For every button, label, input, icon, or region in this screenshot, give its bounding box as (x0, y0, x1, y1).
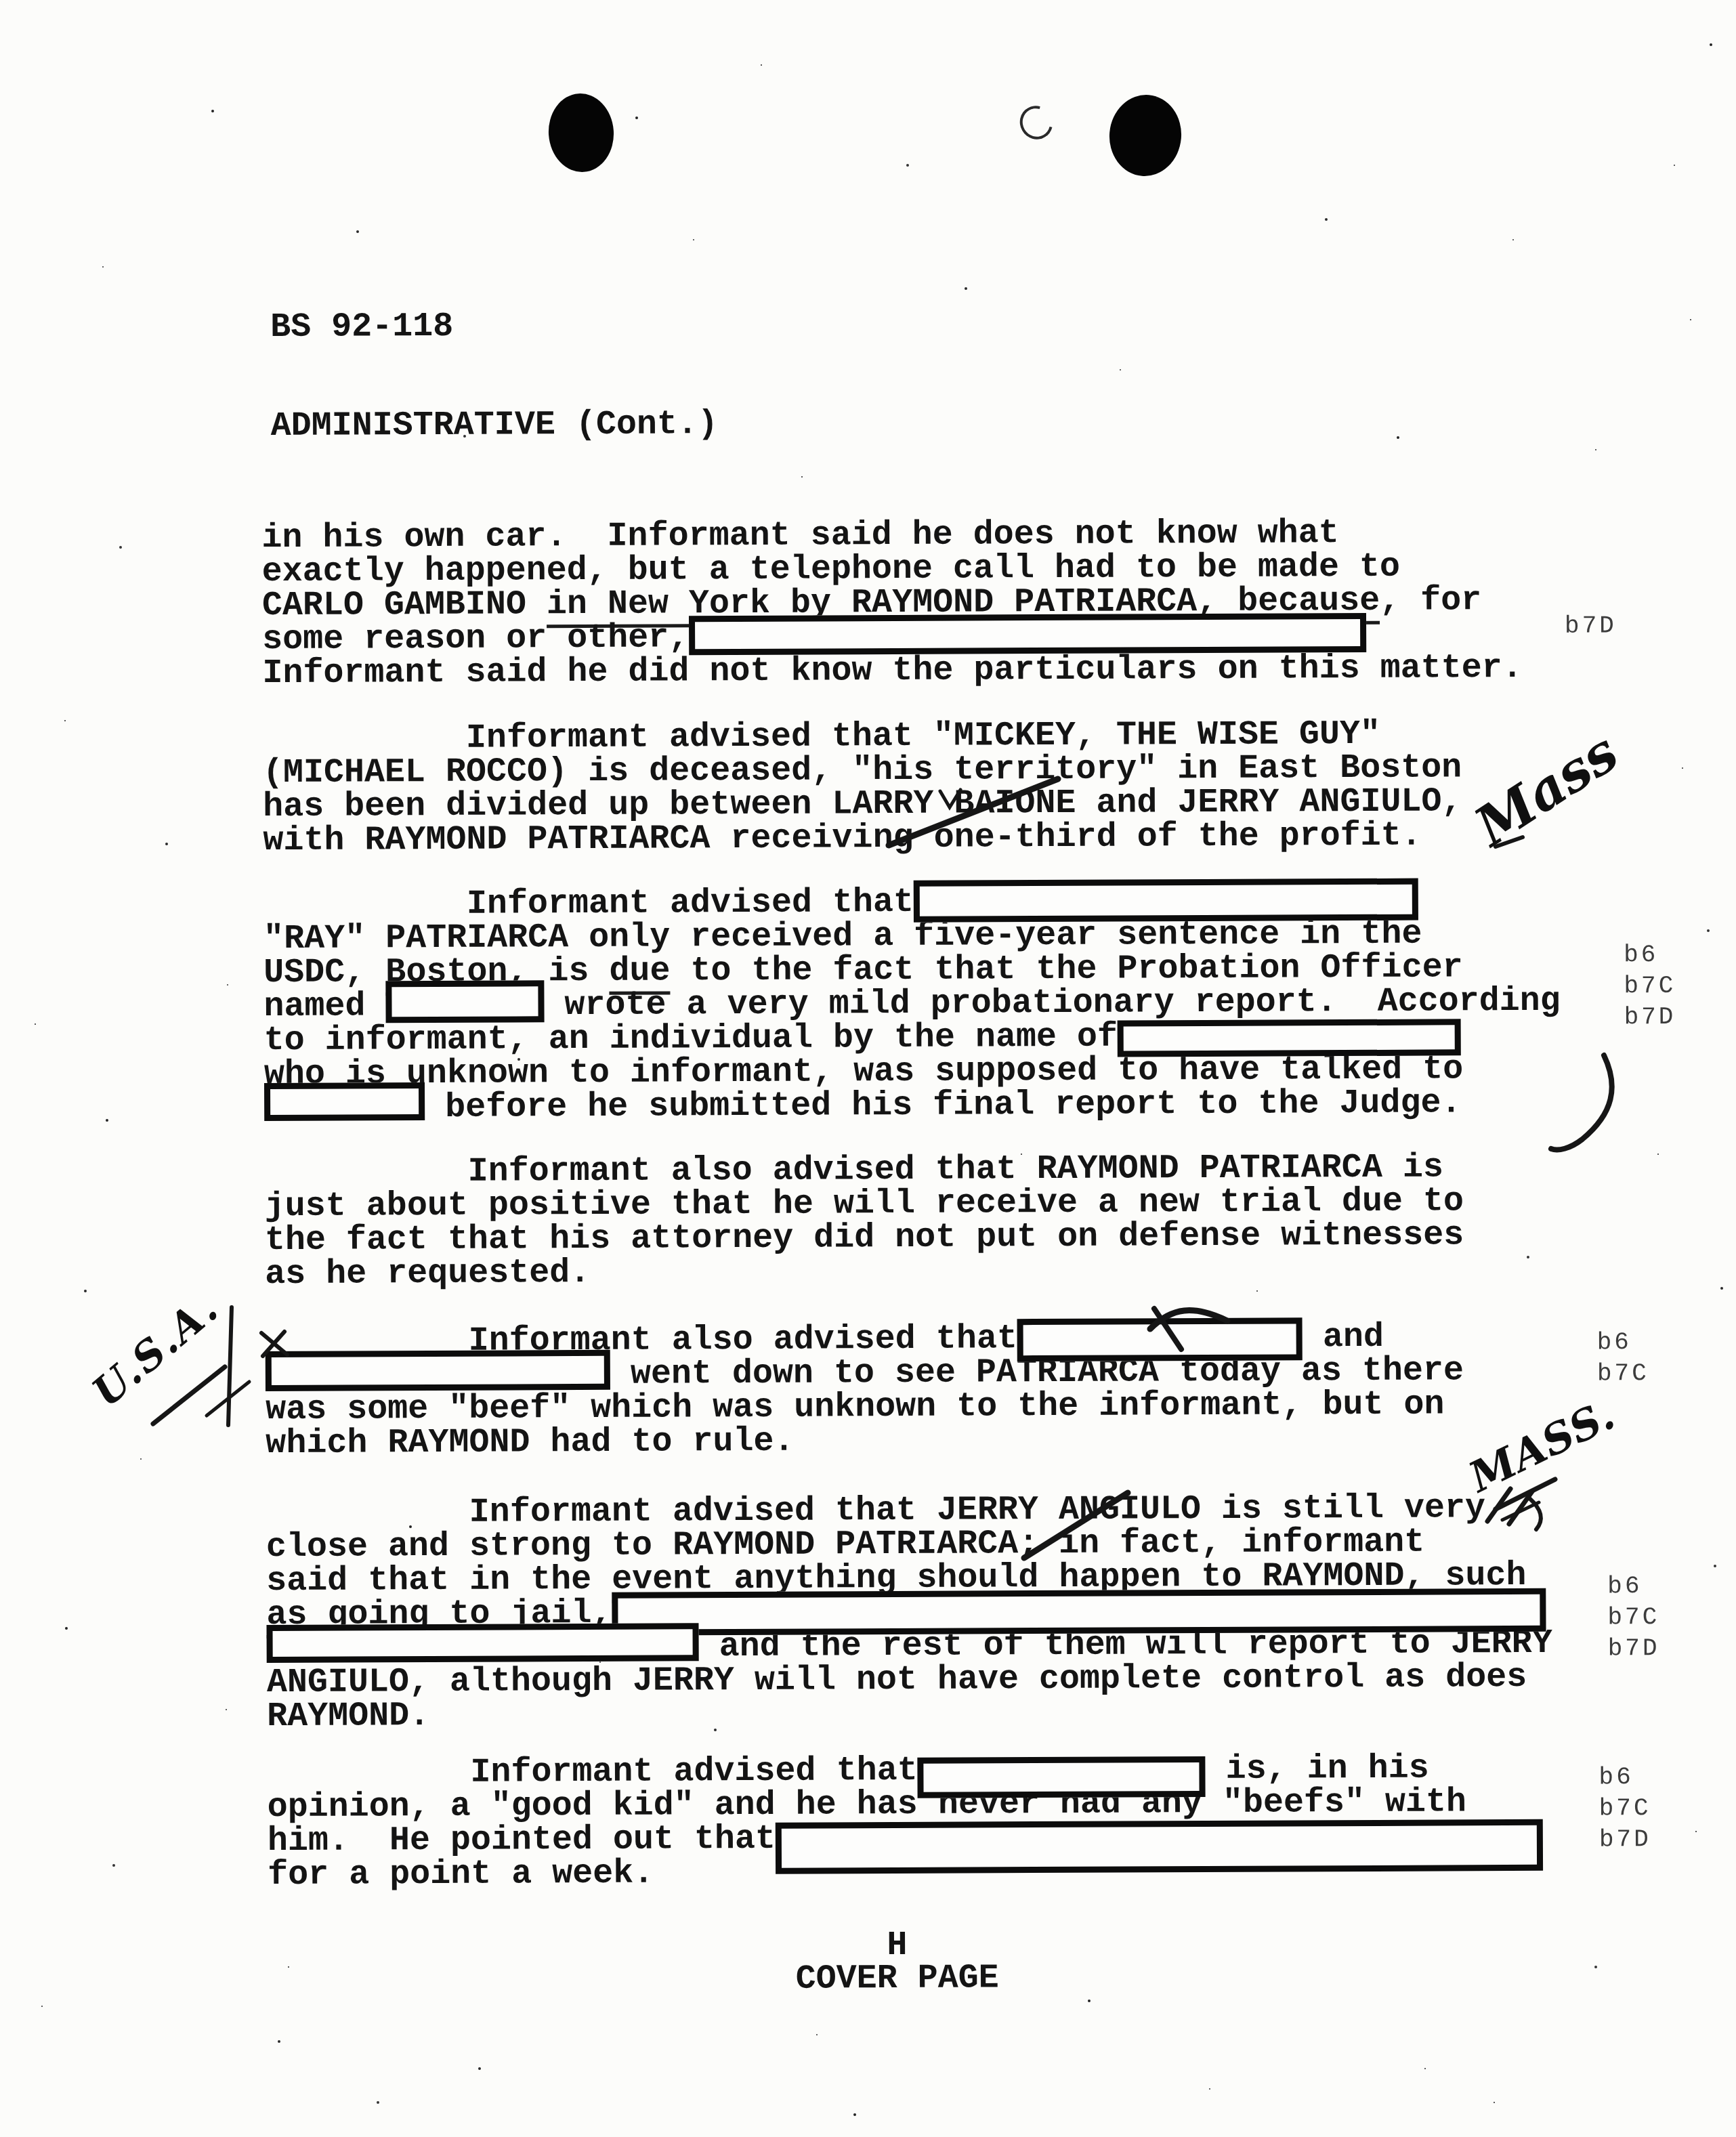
usa-vertical-stroke (228, 1307, 232, 1425)
mass-underline-flourish (1496, 837, 1523, 847)
caret-mark-territory (940, 790, 960, 807)
margin-squiggle (1551, 1055, 1612, 1149)
x-mark (261, 1332, 287, 1356)
usa-slash-stroke (153, 1367, 225, 1424)
pen-strokes-overlay (0, 0, 1736, 2137)
strikethrough-jerry-angiulo (1024, 1493, 1128, 1558)
scanned-document-page: BS 92-118 ADMINISTRATIVE (Cont.) in his … (0, 0, 1736, 2137)
strikethrough-larry-baione (889, 779, 1058, 845)
